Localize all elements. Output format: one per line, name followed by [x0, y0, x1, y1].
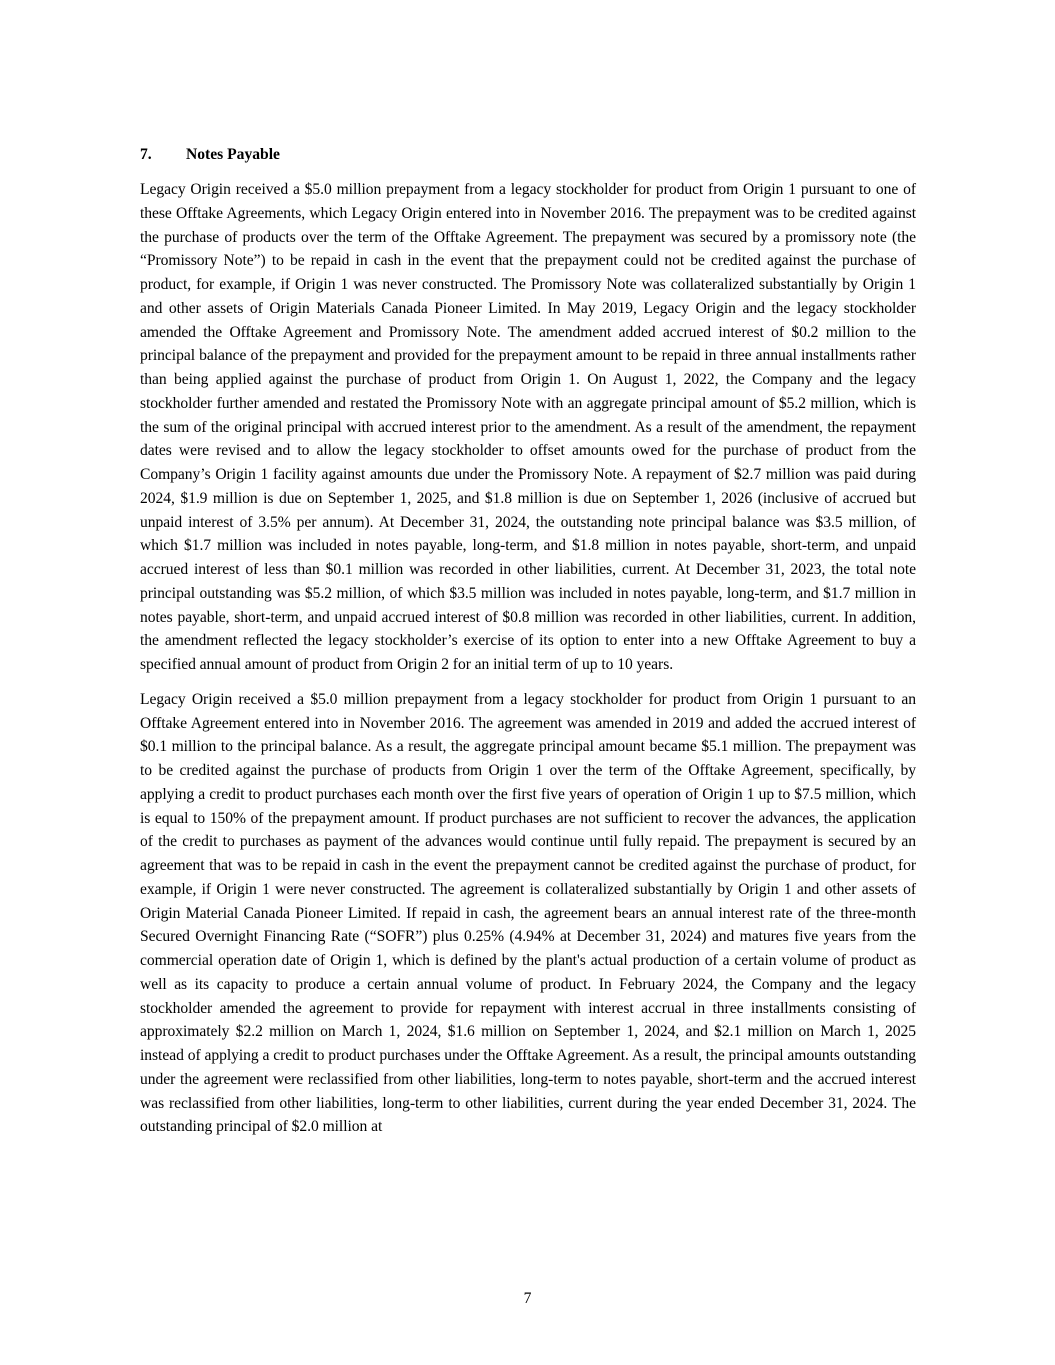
paragraph-promissory-note: Legacy Origin received a $5.0 million pr…	[140, 178, 916, 677]
section-number: 7.	[140, 144, 186, 166]
document-page: 7. Notes Payable Legacy Origin received …	[140, 144, 916, 1150]
section-heading: 7. Notes Payable	[140, 144, 916, 166]
paragraph-offtake-agreement: Legacy Origin received a $5.0 million pr…	[140, 688, 916, 1139]
section-title: Notes Payable	[186, 144, 280, 166]
page-number: 7	[0, 1289, 1055, 1309]
